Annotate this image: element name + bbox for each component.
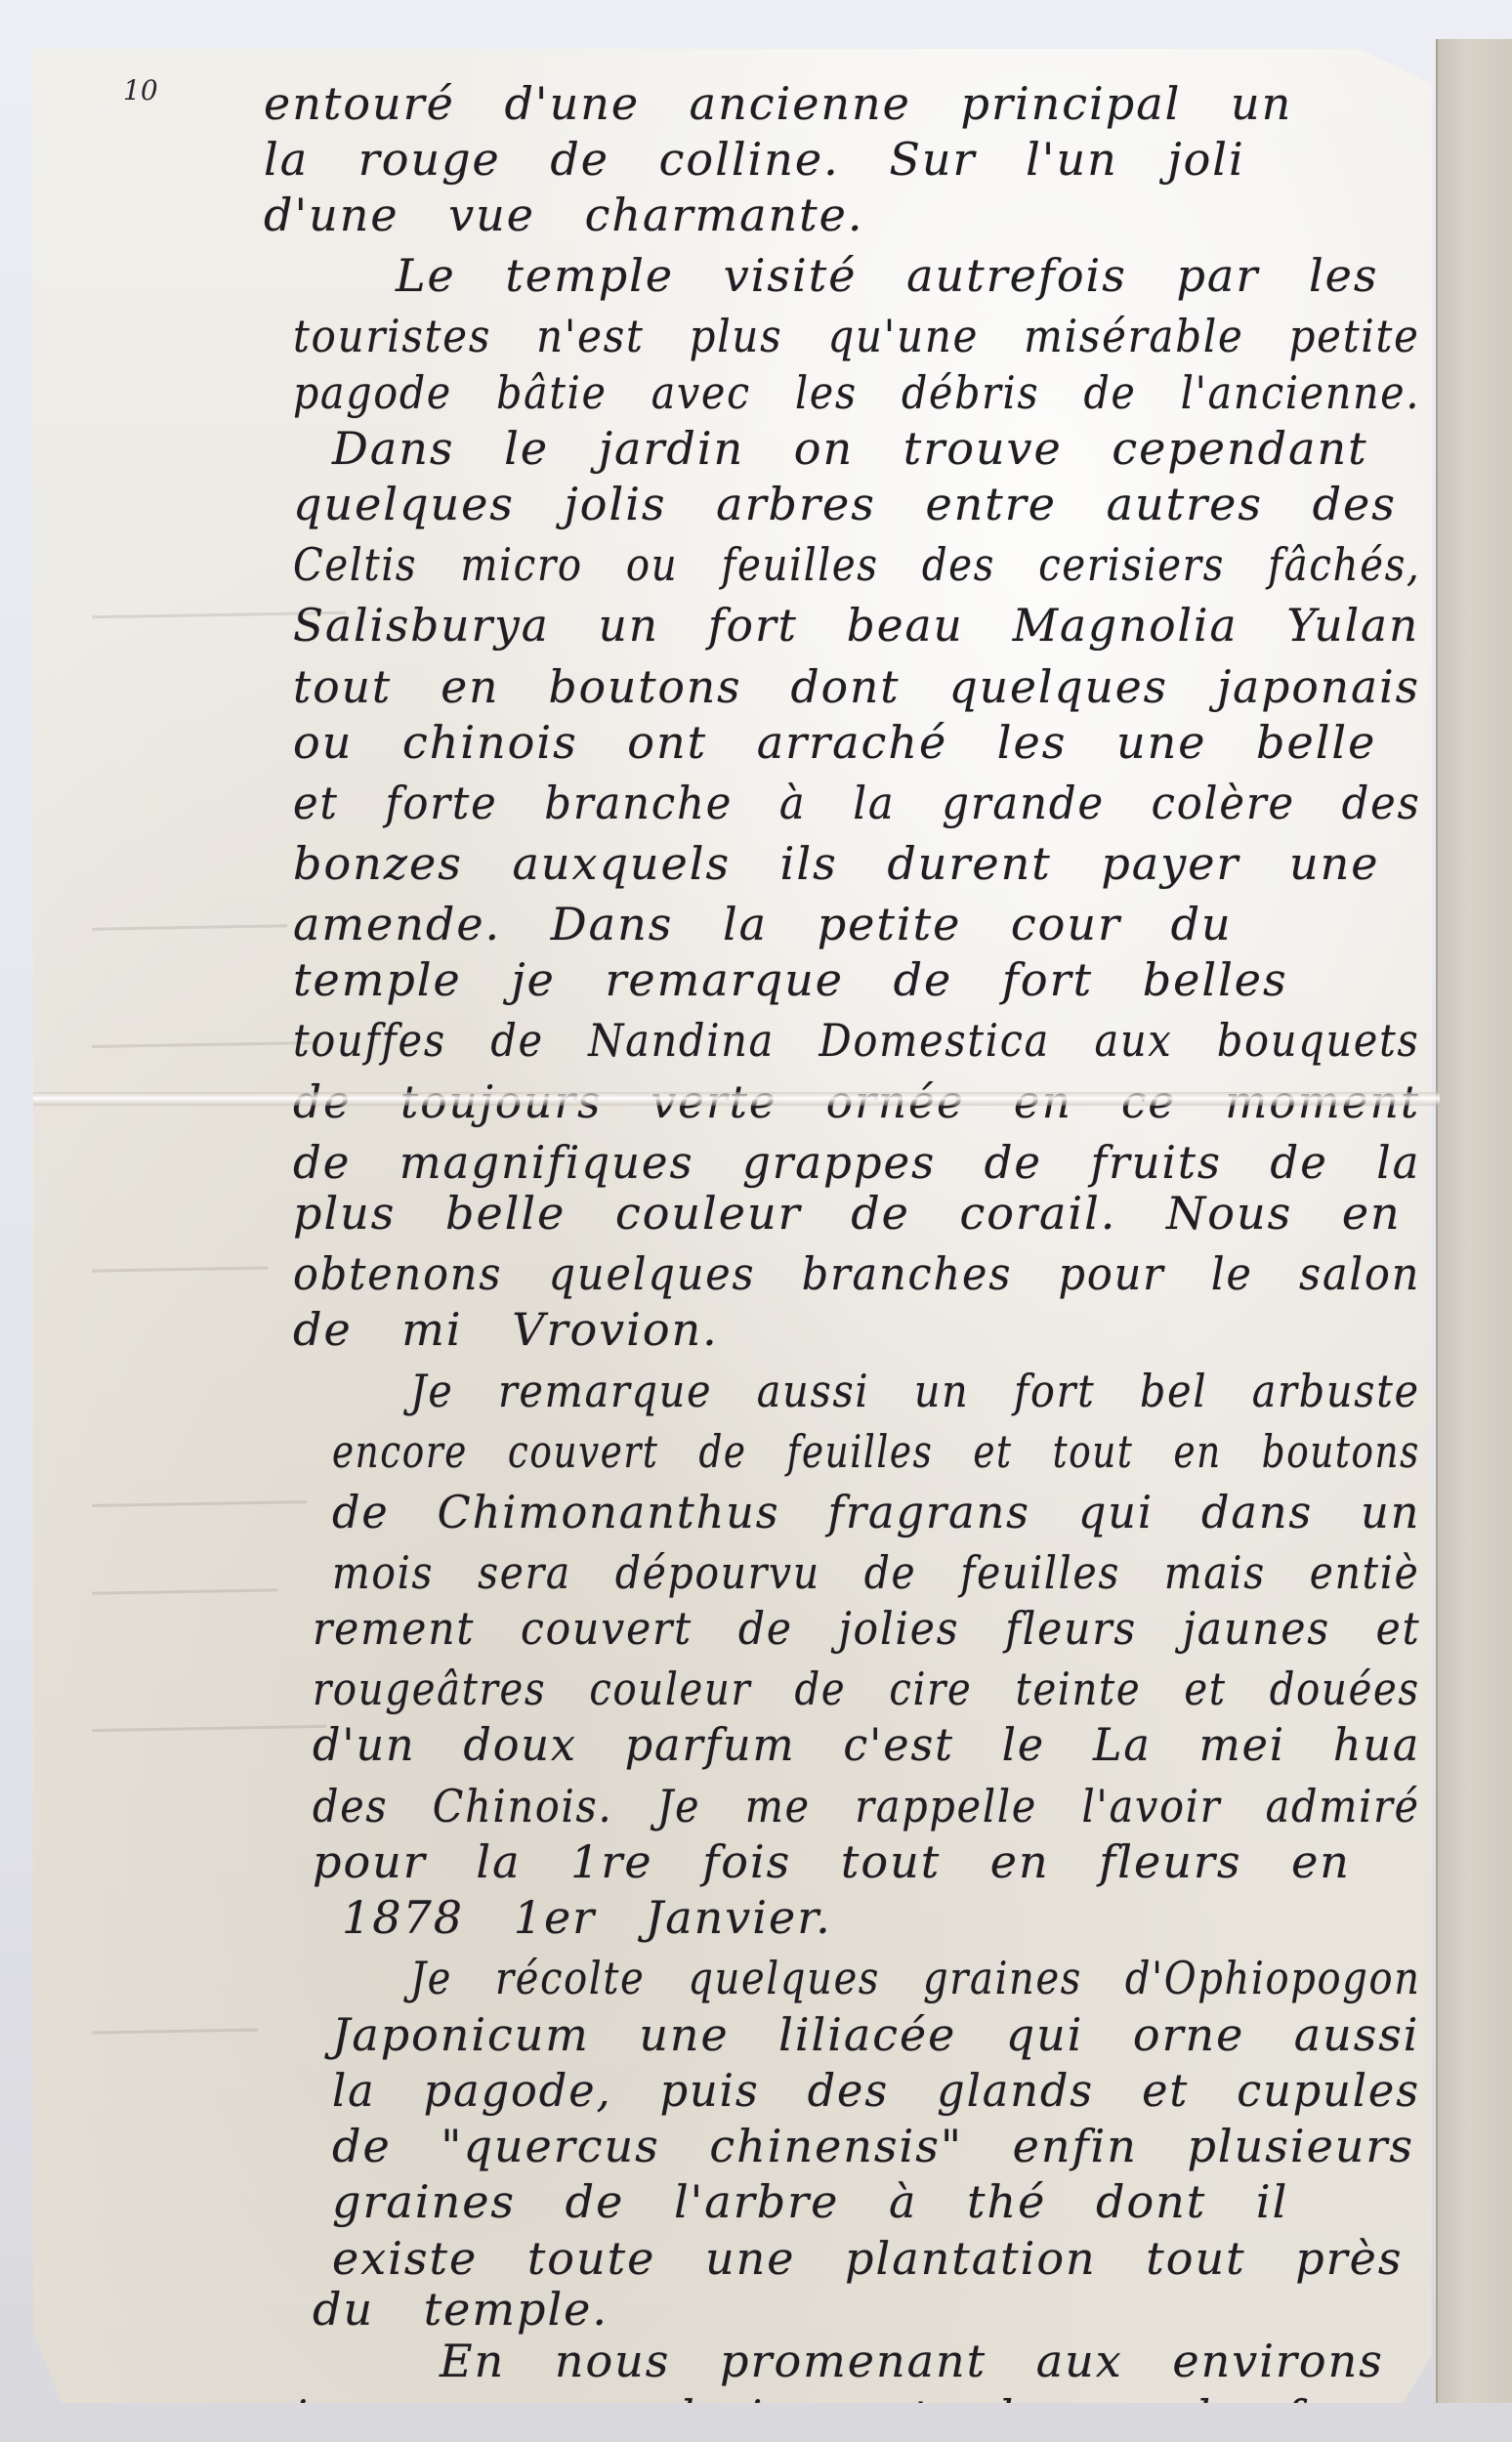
manuscript-line: pour la 1re fois tout en fleurs en [313, 1835, 1351, 1888]
manuscript-line: quelques jolis arbres entre autres des [293, 478, 1397, 530]
manuscript-line: ou chinois ont arraché les une belle [293, 716, 1376, 769]
manuscript-line: Salisburya un fort beau Magnolia Yulan [293, 599, 1419, 652]
adjacent-page-edge [1436, 39, 1512, 2403]
manuscript-line: de mi Vrovion. [293, 1303, 719, 1356]
bleed-through-text [92, 1483, 307, 1507]
manuscript-line: de Chimonanthus fragrans qui dans un [332, 1486, 1420, 1538]
manuscript-line: la pagode, puis des glands et cupules [332, 2064, 1420, 2117]
manuscript-line: obtenons quelques branches pour le salon [293, 1247, 1420, 1300]
manuscript-line: 1878 1er Janvier. [342, 1891, 832, 1944]
manuscript-line: Dans le jardin on trouve cependant [332, 422, 1368, 475]
manuscript-line: pagode bâtie avec les débris de l'ancien… [293, 366, 1420, 419]
manuscript-line: des Chinois. Je me rappelle l'avoir admi… [313, 1780, 1420, 1832]
manuscript-line: touffes de Nandina Domestica aux bouquet… [293, 1014, 1420, 1067]
manuscript-line: Le temple visité autrefois par les [396, 249, 1379, 302]
manuscript-line: d'un doux parfum c'est le La mei hua [313, 1718, 1420, 1771]
fold-crease [33, 1092, 1440, 1106]
manuscript-line: entouré d'une ancienne principal un [264, 77, 1292, 130]
manuscript-line: existe toute une plantation tout près [332, 2232, 1403, 2285]
bleed-through-text [92, 2011, 258, 2035]
bleed-through-text [92, 906, 287, 930]
manuscript-line: En nous promenant aux environs [440, 2335, 1384, 2387]
manuscript-line: de magnifiques grappes de fruits de la [293, 1136, 1420, 1189]
bleed-through-text [92, 1248, 268, 1272]
manuscript-line: amende. Dans la petite cour du [293, 898, 1233, 950]
manuscript-page: 10 entouré d'une ancienne principal unla… [33, 49, 1475, 2403]
manuscript-line: plus belle couleur de corail. Nous en [293, 1187, 1402, 1240]
manuscript-line: tout en boutons dont quelques japonais [293, 660, 1420, 713]
manuscript-line: mois sera dépourvu de feuilles mais enti… [332, 1546, 1420, 1599]
manuscript-line: rougeâtres couleur de cire teinte et dou… [313, 1663, 1420, 1715]
page-number: 10 [123, 74, 158, 106]
bleed-through-text [92, 1571, 277, 1594]
manuscript-line: la rouge de colline. Sur l'un joli [264, 133, 1245, 186]
manuscript-line: du temple. [313, 2283, 609, 2336]
manuscript-line: de "quercus chinensis" enfin plusieurs [332, 2120, 1414, 2172]
manuscript-line: Celtis micro ou feuilles des cerisiers f… [293, 538, 1421, 591]
manuscript-line: et forte branche à la grande colère des [293, 777, 1421, 829]
manuscript-line: touristes n'est plus qu'une misérable pe… [293, 310, 1420, 362]
manuscript-line: Je récolte quelques graines d'Ophiopogon [410, 1952, 1421, 2004]
manuscript-line: encore couvert de feuilles et tout en bo… [332, 1425, 1420, 1478]
manuscript-line: Je remarque aussi un fort bel arbuste [410, 1365, 1420, 1417]
manuscript-line: d'une vue charmante. [264, 189, 863, 241]
manuscript-line: bonzes auxquels ils durent payer une [293, 837, 1380, 890]
manuscript-line: temple je remarque de fort belles [293, 953, 1288, 1006]
manuscript-line: graines de l'arbre à thé dont il [332, 2175, 1288, 2228]
manuscript-line: rement couvert de jolies fleurs jaunes e… [313, 1602, 1421, 1655]
bleed-through-text [92, 1707, 326, 1732]
bleed-through-text [92, 1024, 316, 1048]
manuscript-line: Japonicum une liliacée qui orne aussi [332, 2008, 1419, 2061]
